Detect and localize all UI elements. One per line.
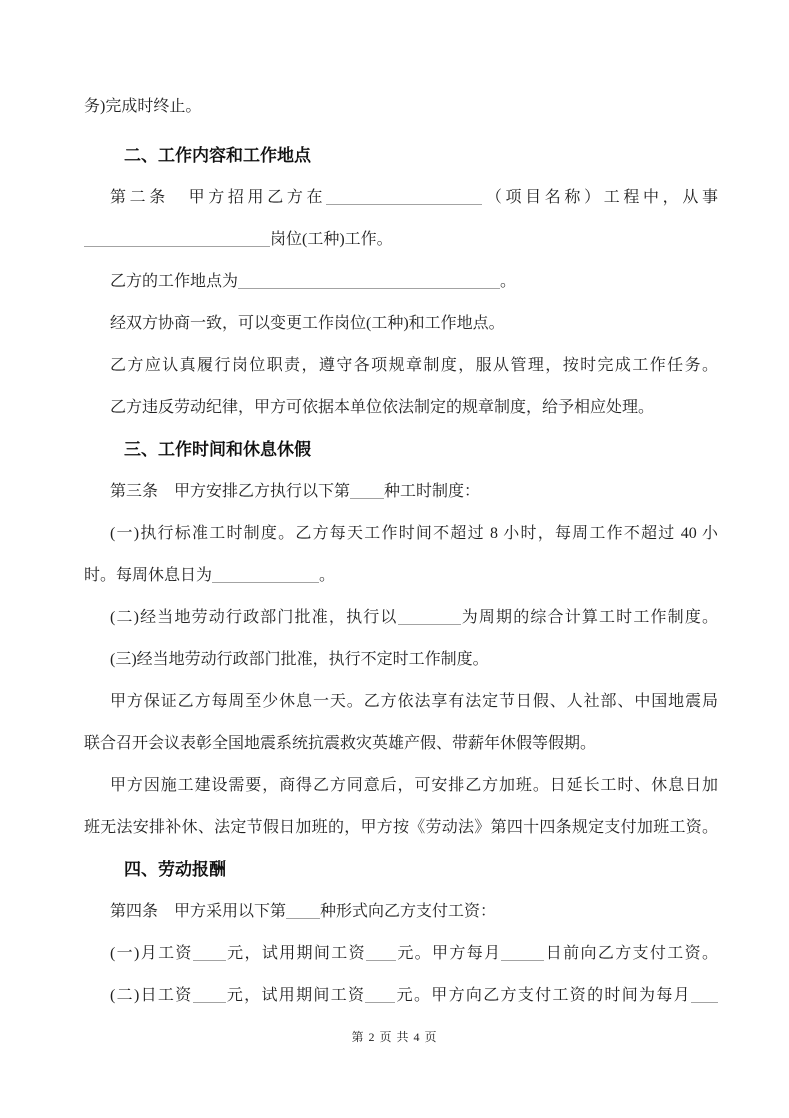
fill-in-blank-underline bbox=[84, 234, 270, 247]
fill-in-blank-underline bbox=[193, 990, 226, 1003]
text-run: 二、工作内容和工作地点 bbox=[124, 146, 311, 165]
fill-in-blank-underline bbox=[350, 486, 384, 499]
section-heading: 二、工作内容和工作地点 bbox=[84, 135, 718, 177]
text-run: 甲方因施工建设需要，商得乙方同意后，可安排乙方加班。日延长工时、休息日加 bbox=[110, 777, 718, 794]
fill-in-blank-underline bbox=[238, 276, 500, 289]
document-line: (一)月工资元，试用期间工资元。甲方每月日前向乙方支付工资。 bbox=[84, 933, 718, 975]
fill-in-blank-underline bbox=[366, 948, 396, 961]
document-line: 甲方因施工建设需要，商得乙方同意后，可安排乙方加班。日延长工时、休息日加 bbox=[84, 765, 718, 807]
text-run: 元，试用期间工资 bbox=[226, 987, 366, 1004]
document-line: 第二条 甲方招用乙方在（项目名称）工程中，从事 bbox=[84, 177, 718, 219]
document-line: 岗位(工种)工作。 bbox=[84, 219, 718, 261]
document-line: 第四条 甲方采用以下第种形式向乙方支付工资： bbox=[84, 891, 718, 933]
document-line: (二)经当地劳动行政部门批准，执行以为周期的综合计算工时工作制度。 bbox=[84, 597, 718, 639]
text-run: 元。甲方向乙方支付工资的时间为每月 bbox=[395, 987, 691, 1004]
text-run: 三、工作时间和休息休假 bbox=[124, 440, 311, 459]
text-run: (二)经当地劳动行政部门批准，执行以 bbox=[110, 609, 398, 626]
document-line: 乙方应认真履行岗位职责，遵守各项规章制度，服从管理，按时完成工作任务。 bbox=[84, 345, 718, 387]
text-run: 第三条 甲方安排乙方执行以下第 bbox=[110, 483, 350, 500]
fill-in-blank-underline bbox=[193, 948, 226, 961]
fill-in-blank-underline bbox=[286, 906, 320, 919]
text-run: 乙方违反劳动纪律，甲方可依据本单位依法制定的规章制度，给予相应处理。 bbox=[110, 399, 654, 416]
document-content: 务)完成时终止。二、工作内容和工作地点第二条 甲方招用乙方在（项目名称）工程中，… bbox=[84, 86, 718, 1017]
text-run: 务)完成时终止。 bbox=[84, 98, 201, 115]
text-run: 甲方保证乙方每周至少休息一天。乙方依法享有法定节日假、人社部、中国地震局 bbox=[110, 693, 718, 710]
section-heading: 四、劳动报酬 bbox=[84, 849, 718, 891]
text-run: (一)执行标准工时制度。乙方每天工作时间不超过 8 小时，每周工作不超过 40 … bbox=[110, 525, 718, 542]
page-footer: 第 2 页 共 4 页 bbox=[0, 1028, 789, 1045]
document-line: 经双方协商一致，可以变更工作岗位(工种)和工作地点。 bbox=[84, 303, 718, 345]
document-line: 第三条 甲方安排乙方执行以下第种工时制度： bbox=[84, 471, 718, 513]
text-run: 。 bbox=[500, 273, 516, 290]
text-run: 元，试用期间工资 bbox=[226, 945, 366, 962]
document-line: (一)执行标准工时制度。乙方每天工作时间不超过 8 小时，每周工作不超过 40 … bbox=[84, 513, 718, 555]
text-run: (二)日工资 bbox=[110, 987, 193, 1004]
fill-in-blank-underline bbox=[212, 570, 319, 583]
document-line: (二)日工资元，试用期间工资元。甲方向乙方支付工资的时间为每月 bbox=[84, 975, 718, 1017]
text-run: 时。每周休息日为 bbox=[84, 567, 212, 584]
text-run: 第二条 甲方招用乙方在 bbox=[110, 189, 326, 206]
document-line: 甲方保证乙方每周至少休息一天。乙方依法享有法定节日假、人社部、中国地震局 bbox=[84, 681, 718, 723]
text-run: 乙方的工作地点为 bbox=[110, 273, 238, 290]
text-run: 。 bbox=[319, 567, 335, 584]
fill-in-blank-underline bbox=[691, 990, 718, 1003]
text-run: (三)经当地劳动行政部门批准，执行不定时工作制度。 bbox=[110, 651, 489, 668]
text-run: 联合召开会议表彰全国地震系统抗震救灾英雄产假、带薪年休假等假期。 bbox=[84, 735, 596, 752]
text-run: 日前向乙方支付工资。 bbox=[544, 945, 718, 962]
document-line: 联合召开会议表彰全国地震系统抗震救灾英雄产假、带薪年休假等假期。 bbox=[84, 723, 718, 765]
fill-in-blank-underline bbox=[365, 990, 395, 1003]
document-line: 乙方违反劳动纪律，甲方可依据本单位依法制定的规章制度，给予相应处理。 bbox=[84, 387, 718, 429]
contract-page: 务)完成时终止。二、工作内容和工作地点第二条 甲方招用乙方在（项目名称）工程中，… bbox=[0, 0, 789, 1118]
text-run: 乙方应认真履行岗位职责，遵守各项规章制度，服从管理，按时完成工作任务。 bbox=[110, 357, 718, 374]
text-run: 种工时制度： bbox=[384, 483, 480, 500]
fill-in-blank-underline bbox=[398, 612, 461, 625]
text-run: 种形式向乙方支付工资： bbox=[320, 903, 496, 920]
text-run: 四、劳动报酬 bbox=[124, 860, 226, 879]
text-run: 第四条 甲方采用以下第 bbox=[110, 903, 286, 920]
text-run: 班无法安排补休、法定节假日加班的，甲方按《劳动法》第四十四条规定支付加班工资。 bbox=[84, 819, 718, 836]
section-heading: 三、工作时间和休息休假 bbox=[84, 429, 718, 471]
fill-in-blank-underline bbox=[326, 192, 482, 205]
text-run: (一)月工资 bbox=[110, 945, 193, 962]
text-run: 元。甲方每月 bbox=[396, 945, 501, 962]
document-line: (三)经当地劳动行政部门批准，执行不定时工作制度。 bbox=[84, 639, 718, 681]
fill-in-blank-underline bbox=[501, 948, 544, 961]
document-line: 乙方的工作地点为。 bbox=[84, 261, 718, 303]
text-run: 为周期的综合计算工时工作制度。 bbox=[461, 609, 718, 626]
text-run: 岗位(工种)工作。 bbox=[270, 231, 393, 248]
text-run: 经双方协商一致，可以变更工作岗位(工种)和工作地点。 bbox=[110, 315, 505, 332]
document-line: 班无法安排补休、法定节假日加班的，甲方按《劳动法》第四十四条规定支付加班工资。 bbox=[84, 807, 718, 849]
document-line: 务)完成时终止。 bbox=[84, 86, 718, 128]
document-line: 时。每周休息日为。 bbox=[84, 555, 718, 597]
text-run: （项目名称）工程中，从事 bbox=[482, 189, 718, 206]
